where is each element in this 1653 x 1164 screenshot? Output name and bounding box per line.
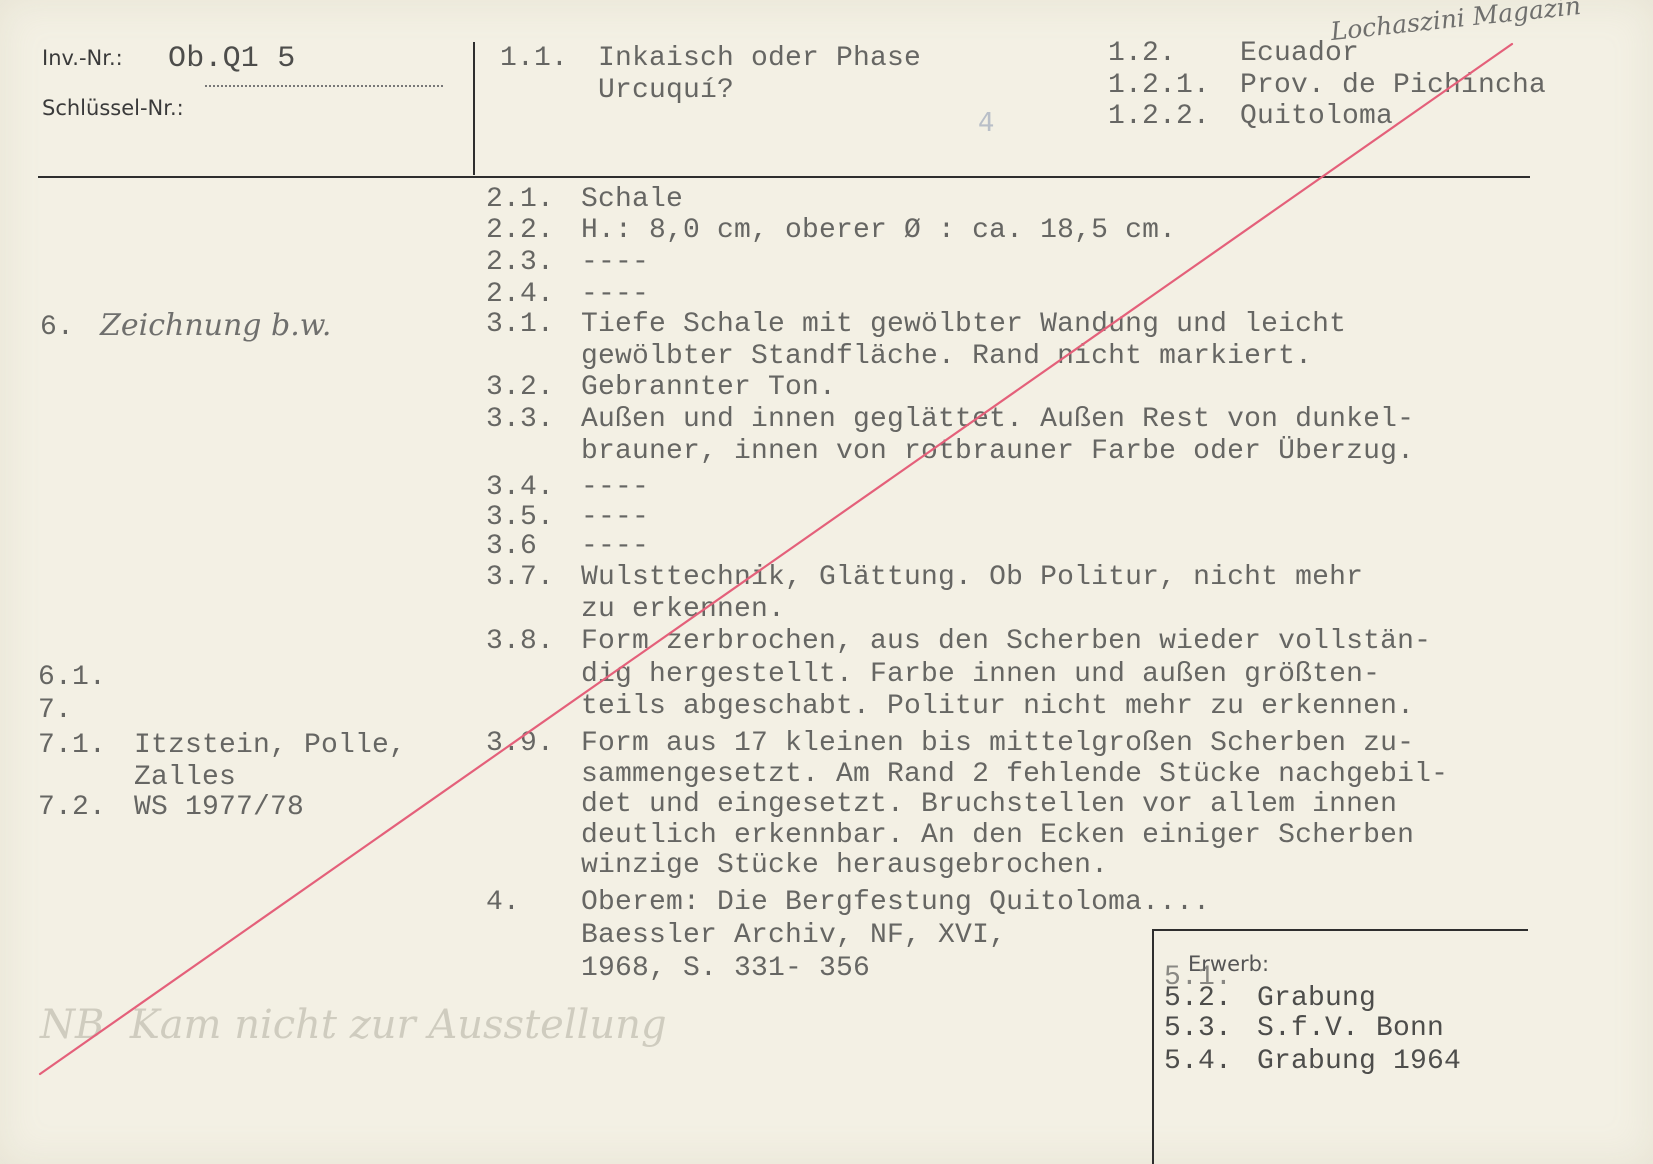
inventory-number-value: Ob.Q1 5 bbox=[168, 44, 295, 76]
field-2-4: 2.4.---- bbox=[486, 279, 649, 311]
field-text: WS 1977/78 bbox=[134, 792, 304, 824]
field-number: 3.6 bbox=[486, 531, 581, 563]
field-text: Grabung 1964 bbox=[1257, 1046, 1461, 1078]
field-number: 3.9. bbox=[486, 729, 581, 882]
header-divider bbox=[473, 42, 475, 175]
catalog-card: Inv.-Nr.: Ob.Q1 5 Schlüssel-Nr.: 1.1. In… bbox=[0, 0, 1653, 1164]
field-number: 5.3. bbox=[1164, 1013, 1257, 1045]
inventory-number-label: Inv.-Nr.: bbox=[42, 46, 123, 70]
handwritten-storage-note: Lochaszini Magazin bbox=[1329, 0, 1582, 46]
field-number: 2.3. bbox=[486, 247, 581, 279]
field-number: 5.2. bbox=[1164, 983, 1257, 1015]
field-number: 1.2. bbox=[1108, 38, 1240, 70]
field-text: Itzstein, Polle,Zalles bbox=[134, 730, 406, 793]
field-number: 6.1. bbox=[38, 662, 134, 694]
field-text: Form zerbrochen, aus den Scherben wieder… bbox=[581, 626, 1431, 724]
field-text: H.: 8,0 cm, oberer Ø : ca. 18,5 cm. bbox=[581, 215, 1176, 247]
field-3-7: 3.7.Wulsttechnik, Glättung. Ob Politur, … bbox=[486, 562, 1363, 625]
field-3-5: 3.5.---- bbox=[486, 502, 649, 534]
field-number: 7.1. bbox=[38, 730, 134, 793]
field-3-4: 3.4.---- bbox=[486, 472, 649, 504]
field-5-3: 5.3.S.f.V. Bonn bbox=[1164, 1013, 1444, 1045]
field-number: 3.8. bbox=[486, 626, 581, 724]
faint-mark: 4 bbox=[978, 108, 995, 138]
field-number: 7.2. bbox=[38, 792, 134, 824]
field-text: ---- bbox=[581, 472, 649, 504]
field-2-3: 2.3.---- bbox=[486, 247, 649, 279]
field-text: ---- bbox=[581, 531, 649, 563]
faint-pencil-note: NB Kam nicht zur Ausstellung bbox=[40, 1002, 667, 1048]
field-text: ---- bbox=[581, 502, 649, 534]
field-1-2: 1.2. Ecuador bbox=[1108, 38, 1359, 70]
field-text: ---- bbox=[581, 279, 649, 311]
field-number: 3.4. bbox=[486, 472, 581, 504]
field-3-8: 3.8.Form zerbrochen, aus den Scherben wi… bbox=[486, 626, 1431, 724]
field-number: 3.3. bbox=[486, 404, 581, 467]
field-text: Wulsttechnik, Glättung. Ob Politur, nich… bbox=[581, 562, 1363, 625]
field-text: Gebrannter Ton. bbox=[581, 372, 836, 404]
inventory-number-dotted-line bbox=[205, 85, 443, 87]
field-number: 4. bbox=[486, 886, 581, 985]
field-6-number: 6. bbox=[40, 312, 74, 344]
field-3-1: 3.1.Tiefe Schale mit gewölbter Wandung u… bbox=[486, 309, 1346, 372]
field-number: 1.2.2. bbox=[1108, 101, 1240, 133]
field-2-1: 2.1.Schale bbox=[486, 184, 683, 216]
field-3-9: 3.9.Form aus 17 kleinen bis mittelgroßen… bbox=[486, 729, 1448, 882]
field-number: 1.1. bbox=[500, 43, 598, 106]
field-7-1: 7.1.Itzstein, Polle,Zalles bbox=[38, 730, 406, 793]
field-2-2: 2.2.H.: 8,0 cm, oberer Ø : ca. 18,5 cm. bbox=[486, 215, 1176, 247]
field-3-6: 3.6---- bbox=[486, 531, 649, 563]
field-number: 7. bbox=[38, 695, 134, 727]
field-3-2: 3.2.Gebrannter Ton. bbox=[486, 372, 836, 404]
field-number: 2.1. bbox=[486, 184, 581, 216]
field-1-2-1: 1.2.1. Prov. de Pichincha bbox=[1108, 70, 1546, 102]
field-text: Quitoloma bbox=[1240, 101, 1393, 133]
field-number: 1.2.1. bbox=[1108, 70, 1240, 102]
field-5-4: 5.4.Grabung 1964 bbox=[1164, 1046, 1461, 1078]
field-7-2: 7.2.WS 1977/78 bbox=[38, 792, 304, 824]
acquisition-box-top-rule bbox=[1152, 929, 1528, 931]
field-text: Tiefe Schale mit gewölbter Wandung und l… bbox=[581, 309, 1346, 372]
key-number-label: Schlüssel-Nr.: bbox=[42, 96, 184, 120]
field-text: Prov. de Pichincha bbox=[1240, 70, 1546, 102]
field-text: S.f.V. Bonn bbox=[1257, 1013, 1444, 1045]
field-3-3: 3.3.Außen und innen geglättet. Außen Res… bbox=[486, 404, 1414, 467]
field-4-reference: 4.Oberem: Die Bergfestung Quitoloma....B… bbox=[486, 886, 1210, 985]
field-text: Form aus 17 kleinen bis mittelgroßen Sch… bbox=[581, 729, 1448, 882]
field-6-1: 6.1. bbox=[38, 662, 134, 694]
field-number: 2.2. bbox=[486, 215, 581, 247]
acquisition-box-left-rule bbox=[1152, 929, 1154, 1164]
field-number: 5.4. bbox=[1164, 1046, 1257, 1078]
field-number: 3.1. bbox=[486, 309, 581, 372]
field-number: 3.5. bbox=[486, 502, 581, 534]
field-1-1: 1.1. Inkaisch oder PhaseUrcuquí? bbox=[500, 43, 921, 106]
field-number: 3.7. bbox=[486, 562, 581, 625]
field-text: Grabung bbox=[1257, 983, 1376, 1015]
field-number: 2.4. bbox=[486, 279, 581, 311]
handwritten-drawing-note: Zeichnung b.w. bbox=[100, 308, 331, 343]
field-7: 7. bbox=[38, 695, 134, 727]
field-text: Schale bbox=[581, 184, 683, 216]
field-text: ---- bbox=[581, 247, 649, 279]
field-5-2: 5.2.Grabung bbox=[1164, 983, 1376, 1015]
header-rule bbox=[38, 176, 1530, 178]
field-text: Inkaisch oder PhaseUrcuquí? bbox=[598, 43, 921, 106]
field-number: 3.2. bbox=[486, 372, 581, 404]
field-text: Oberem: Die Bergfestung Quitoloma....Bae… bbox=[581, 886, 1210, 985]
field-1-2-2: 1.2.2. Quitoloma bbox=[1108, 101, 1393, 133]
field-text: Außen und innen geglättet. Außen Rest vo… bbox=[581, 404, 1414, 467]
